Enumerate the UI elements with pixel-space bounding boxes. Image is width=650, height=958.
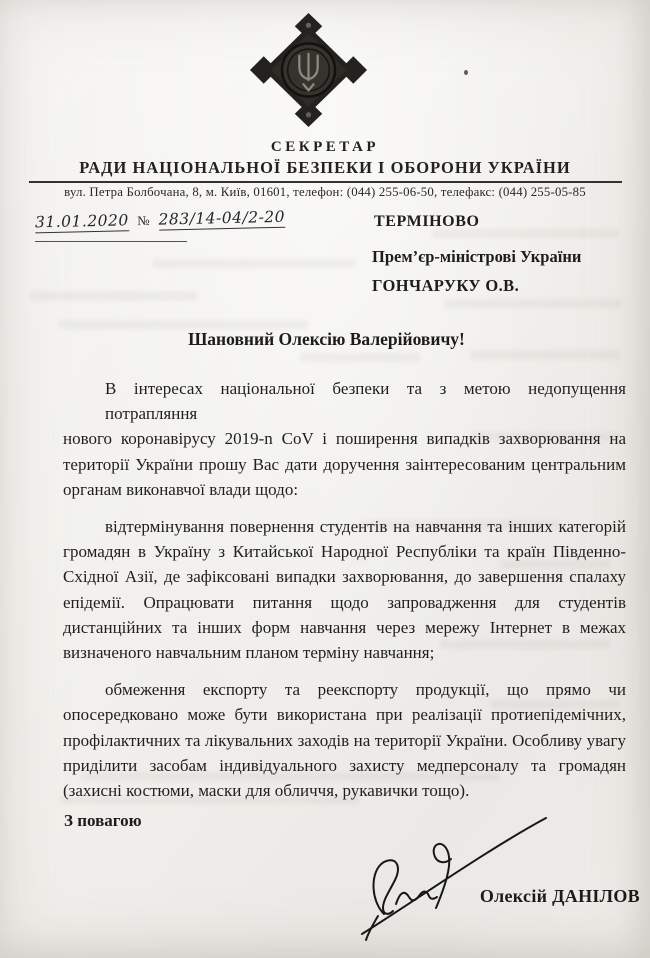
letterhead-title-line2: РАДИ НАЦІОНАЛЬНОЇ БЕЗПЕКИ І ОБОРОНИ УКРА… bbox=[0, 158, 650, 178]
nsdc-emblem-icon bbox=[247, 13, 370, 127]
addressee-line-1: Прем’єр-міністрові України bbox=[372, 247, 581, 267]
signer-name: Олексій ДАНІЛОВ bbox=[480, 886, 640, 907]
bleedthrough-mark bbox=[30, 291, 198, 301]
body-line: визначеного навчальним планом терміну на… bbox=[63, 640, 626, 665]
reference-date: 31.01.2020 bbox=[35, 211, 129, 233]
letterhead-address-line: вул. Петра Болбочана, 8, м. Київ, 01601,… bbox=[0, 185, 650, 200]
body-line: громадян в Україну з Китайської Народної… bbox=[63, 539, 626, 564]
reference-blank-line bbox=[35, 241, 187, 242]
salutation: Шановний Олексію Валерійовичу! bbox=[63, 329, 590, 350]
reference-block: 31.01.2020 № 283/14-04/2-20 bbox=[35, 207, 335, 232]
bleedthrough-mark bbox=[444, 299, 622, 308]
body-line: дистанційних та інших форм навчання чере… bbox=[63, 615, 626, 640]
reference-number-label: № bbox=[134, 213, 153, 228]
urgency-label: ТЕРМІНОВО bbox=[374, 213, 480, 231]
body-line: профілактичних та лікувальних заходів на… bbox=[63, 728, 626, 753]
letterhead-rule bbox=[29, 181, 622, 183]
body-paragraph: відтермінування повернення студентів на … bbox=[63, 514, 626, 665]
addressee-line-2: ГОНЧАРУКУ О.В. bbox=[372, 276, 519, 296]
body-line: В інтересах національної безпеки та з ме… bbox=[63, 376, 626, 426]
scan-speck bbox=[464, 70, 468, 75]
body-line: нового коронавірусу 2019-n CoV і поширен… bbox=[63, 426, 626, 451]
body-line: обмеження експорту та реекспорту продукц… bbox=[63, 677, 626, 702]
handwritten-signature bbox=[350, 808, 550, 943]
valediction: З повагою bbox=[64, 811, 142, 831]
body-line: приділити засобам індивідуального захист… bbox=[63, 753, 626, 778]
body-line: Східної Азії, де зафіксовані випадки зах… bbox=[63, 564, 626, 589]
reference-number: 283/14-04/2-20 bbox=[158, 208, 285, 231]
body-line: опосередковано може бути використана при… bbox=[63, 702, 626, 727]
body-line: території України прошу Вас дати доручен… bbox=[63, 452, 626, 477]
body-line: органам виконавчої влади щодо: bbox=[63, 477, 626, 502]
bleedthrough-mark bbox=[300, 353, 420, 362]
body-paragraph: В інтересах національної безпеки та з ме… bbox=[63, 376, 626, 502]
bleedthrough-mark bbox=[470, 350, 620, 360]
body-line: епідемії. Опрацювати питання щодо запров… bbox=[63, 590, 626, 615]
letterhead-title-line1: СЕКРЕТАР bbox=[0, 139, 650, 156]
bleedthrough-mark bbox=[58, 320, 308, 329]
body-line: відтермінування повернення студентів на … bbox=[63, 514, 626, 539]
scanned-letter-page: СЕКРЕТАР РАДИ НАЦІОНАЛЬНОЇ БЕЗПЕКИ І ОБО… bbox=[0, 0, 650, 958]
letterhead: СЕКРЕТАР РАДИ НАЦІОНАЛЬНОЇ БЕЗПЕКИ І ОБО… bbox=[0, 139, 650, 200]
bleedthrough-mark bbox=[152, 259, 356, 268]
body-line: (захисні костюми, маски для обличчя, рук… bbox=[63, 778, 626, 803]
letter-body: В інтересах національної безпеки та з ме… bbox=[63, 376, 626, 803]
body-paragraph: обмеження експорту та реекспорту продукц… bbox=[63, 677, 626, 803]
